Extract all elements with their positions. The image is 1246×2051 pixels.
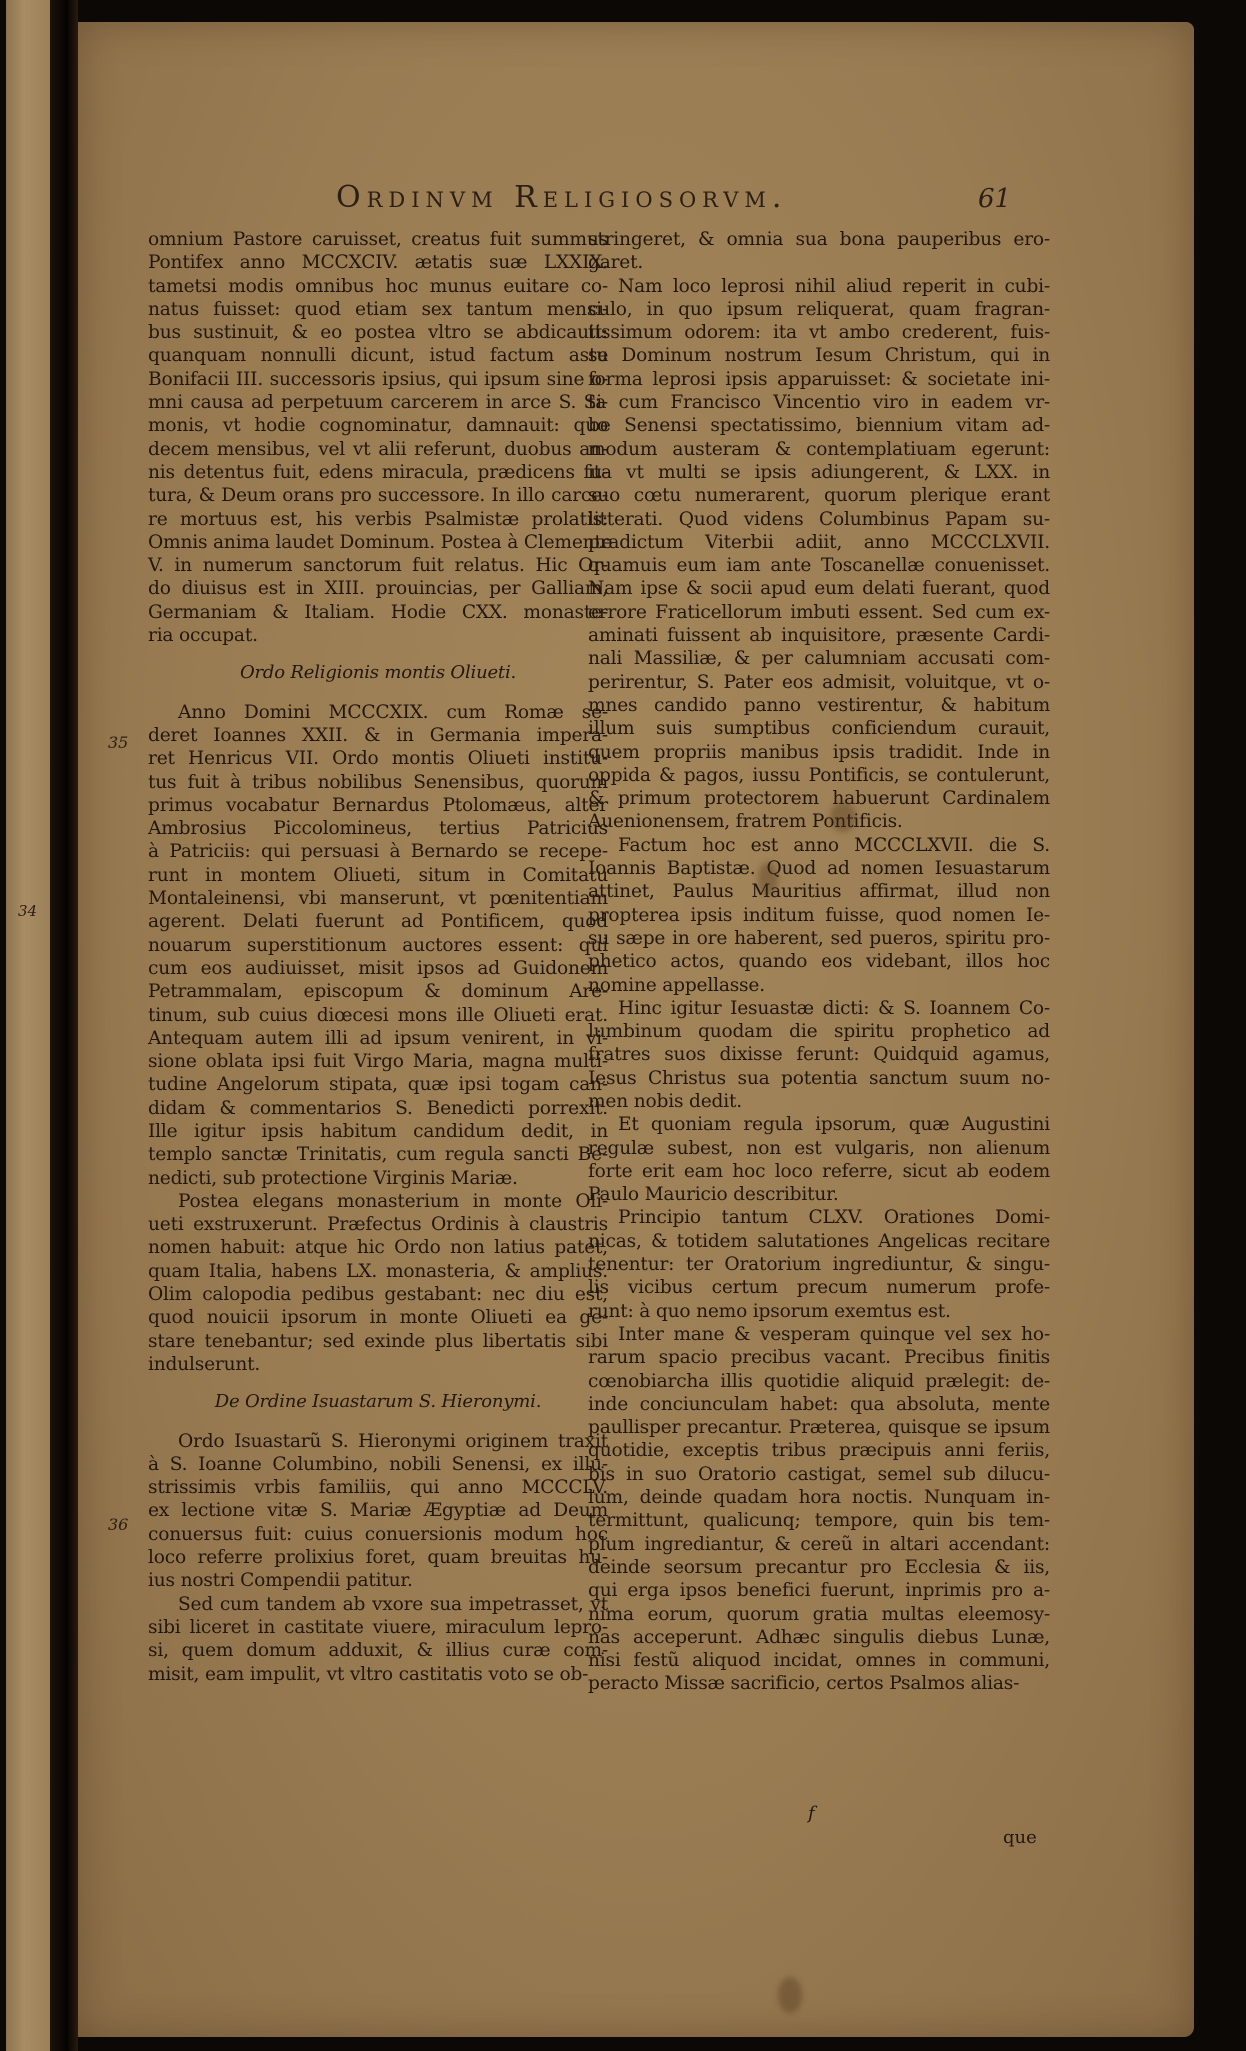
text-line: decem mensibus, vel vt alii referunt, du… — [148, 438, 608, 461]
text-line: Petrammalam, episcopum & dominum Are- — [148, 980, 608, 1003]
text-line: plum ingrediantur, & cereũ in altari acc… — [588, 1533, 1050, 1556]
text-line: tudine Angelorum stipata, quæ ipsi togam… — [148, 1073, 608, 1096]
text-line: Germaniam & Italiam. Hodie CXX. monaste- — [148, 601, 608, 624]
text-line: Ille igitur ipsis habitum candidum dedit… — [148, 1120, 608, 1143]
text-line: nis detentus fuit, edens miracula, prædi… — [148, 461, 608, 484]
text-line: nima eorum, quorum gratia multas eleemos… — [588, 1603, 1050, 1626]
text-line: quamuis eum iam ante Toscanellæ conuenis… — [588, 554, 1050, 577]
text-line: Pontifex anno MCCXCIV. ætatis suæ LXXIX. — [148, 251, 608, 274]
ink-stain — [830, 802, 856, 832]
text-line: Postea elegans monasterium in monte Oli- — [148, 1190, 608, 1213]
text-line: loco referre prolixius foret, quam breui… — [148, 1546, 608, 1569]
text-line: primus vocabatur Bernardus Ptolomæus, al… — [148, 794, 608, 817]
text-line: inde conciunculam habet: qua absoluta, m… — [588, 1393, 1050, 1416]
text-line: Ordo Isuastarũ S. Hieronymi originem tra… — [148, 1430, 608, 1453]
text-line: tenentur: ter Oratorium ingrediuntur, & … — [588, 1253, 1050, 1276]
right-column: stringeret, & omnia sua bona pauperibus … — [588, 228, 1050, 1696]
catchword: que — [1003, 1827, 1037, 1848]
text-line: tinum, sub cuius diœcesi mons ille Oliue… — [148, 1004, 608, 1027]
text-line: nomine appellasse. — [588, 974, 1050, 997]
text-line: oppida & pagos, iussu Pontificis, se con… — [588, 764, 1050, 787]
text-line: culo, in quo ipsum reliquerat, quam frag… — [588, 298, 1050, 321]
text-line: strissimis vrbis familiis, qui anno MCCC… — [148, 1476, 608, 1499]
text-line: ta cum Francisco Vincentio viro in eadem… — [588, 391, 1050, 414]
text-line: deret Ioannes XXII. & in Germania impera… — [148, 724, 608, 747]
text-line: omnium Pastore caruisset, creatus fuit s… — [148, 228, 608, 251]
ink-stain — [758, 862, 778, 896]
text-line: sibi liceret in castitate viuere, miracu… — [148, 1616, 608, 1639]
text-line: tissimum odorem: ita vt ambo crederent, … — [588, 321, 1050, 344]
text-line: modum austeram & contemplatiuam egerunt: — [588, 438, 1050, 461]
text-line: à S. Ioanne Columbino, nobili Senensi, e… — [148, 1453, 608, 1476]
text-line: Ambrosius Piccolomineus, tertius Patrici… — [148, 817, 608, 840]
text-line: nali Massiliæ, & per calumniam accusati … — [588, 647, 1050, 670]
text-line: agerent. Delati fuerunt ad Pontificem, q… — [148, 910, 608, 933]
right-column-text: stringeret, & omnia sua bona pauperibus … — [588, 228, 1050, 1696]
text-line: rarum spacio precibus vacant. Precibus f… — [588, 1346, 1050, 1369]
text-line: illum suis sumptibus conficiendum curaui… — [588, 717, 1050, 740]
text-line: Omnis anima laudet Dominum. Postea à Cle… — [148, 531, 608, 554]
text-line: Montaleinensi, vbi manserunt, vt pœniten… — [148, 887, 608, 910]
text-line: mni causa ad perpetuum carcerem in arce … — [148, 391, 608, 414]
text-line: V. in numerum sanctorum fuit relatus. Hi… — [148, 554, 608, 577]
text-line: conuersus fuit: cuius conuersionis modum… — [148, 1523, 608, 1546]
running-head: Ordinvm Religiosorvm. — [336, 180, 787, 215]
signature-mark: f — [808, 1803, 815, 1824]
text-line: natus fuisset: quod etiam sex tantum men… — [148, 298, 608, 321]
text-line: nisi festũ aliquod incidat, omnes in com… — [588, 1649, 1050, 1672]
section-heading-iesuati: De Ordine Isuastarum S. Hieronymi. — [148, 1390, 608, 1413]
text-line: indulserunt. — [148, 1353, 608, 1376]
text-line: attinet, Paulus Mauritius affirmat, illu… — [588, 880, 1050, 903]
text-line: nicas, & totidem salutationes Angelicas … — [588, 1230, 1050, 1253]
marginal-number-36: 36 — [108, 1515, 128, 1534]
text-line: Bonifacii III. successoris ipsius, qui i… — [148, 368, 608, 391]
text-line: tura, & Deum orans pro successore. In il… — [148, 484, 608, 507]
text-line: lumbinum quodam die spiritu prophetico a… — [588, 1020, 1050, 1043]
text-line: stare tenebantur; sed exinde plus libert… — [148, 1330, 608, 1353]
text-line: Sed cum tandem ab vxore sua impetrasset,… — [148, 1593, 608, 1616]
text-line: ius nostri Compendii patitur. — [148, 1569, 608, 1592]
text-line: su sæpe in ore haberent, sed pueros, spi… — [588, 927, 1050, 950]
text-line: Et quoniam regula ipsorum, quæ Augustini — [588, 1113, 1050, 1136]
text-line: misit, eam impulit, vt vltro castitatis … — [148, 1663, 608, 1686]
text-line: cœnobiarcha illis quotidie aliquid præle… — [588, 1370, 1050, 1393]
text-line: quotidie, exceptis tribus præcipuis anni… — [588, 1439, 1050, 1462]
text-line: quanquam nonnulli dicunt, istud factum a… — [148, 344, 608, 367]
text-line: paullisper precantur. Præterea, quisque … — [588, 1416, 1050, 1439]
text-line: à Patriciis: qui persuasi à Bernardo se … — [148, 840, 608, 863]
text-line: monis, vt hodie cognominatur, damnauit: … — [148, 414, 608, 437]
text-line: sione oblata ipsi fuit Virgo Maria, magn… — [148, 1050, 608, 1073]
text-line: be Senensi spectatissimo, biennium vitam… — [588, 414, 1050, 437]
ink-stain — [778, 1977, 802, 2013]
book-gutter — [50, 0, 78, 2051]
text-line: stringeret, & omnia sua bona pauperibus … — [588, 228, 1050, 251]
page-number: 61 — [978, 184, 1011, 214]
text-line: bis in suo Oratorio castigat, semel sub … — [588, 1463, 1050, 1486]
text-line: didam & commentarios S. Benedicti porrex… — [148, 1097, 608, 1120]
text-line: quod nouicii ipsorum in monte Oliueti ea… — [148, 1306, 608, 1329]
text-line: perirentur, S. Pater eos admisit, voluit… — [588, 671, 1050, 694]
text-line: ita vt multi se ipsis adiungerent, & LXX… — [588, 461, 1050, 484]
text-line: cum eos audiuisset, misit ipsos ad Guido… — [148, 957, 608, 980]
section-heading-oliveti: Ordo Religionis montis Oliueti. — [148, 661, 608, 684]
book-page: Ordinvm Religiosorvm. 61 omnium Pastore … — [78, 22, 1194, 2037]
text-line: Hinc igitur Iesuastæ dicti: & S. Ioannem… — [588, 997, 1050, 1020]
text-line: quem propriis manibus ipsis tradidit. In… — [588, 741, 1050, 764]
text-line: & primum protectorem habuerunt Cardinale… — [588, 787, 1050, 810]
text-line: propterea ipsis inditum fuisse, quod nom… — [588, 904, 1050, 927]
text-line: pradictum Viterbii adiit, anno MCCCLXVII… — [588, 531, 1050, 554]
text-line: errore Fraticellorum imbuti essent. Sed … — [588, 601, 1050, 624]
text-line: peracto Missæ sacrificio, certos Psalmos… — [588, 1672, 1050, 1695]
text-line: Antequam autem illi ad ipsum venirent, i… — [148, 1027, 608, 1050]
text-line: ret Henricus VII. Ordo montis Oliueti in… — [148, 747, 608, 770]
text-line: suo cœtu numerarent, quorum plerique era… — [588, 484, 1050, 507]
text-line: Paulo Mauricio describitur. — [588, 1183, 1050, 1206]
text-line: do diuisus est in XIII. prouincias, per … — [148, 577, 608, 600]
text-line: tametsi modis omnibus hoc munus euitare … — [148, 275, 608, 298]
text-line: tus fuit à tribus nobilibus Senensibus, … — [148, 771, 608, 794]
text-line: garet. — [588, 251, 1050, 274]
text-line: se Dominum nostrum Iesum Christum, qui i… — [588, 344, 1050, 367]
text-line: nouarum superstitionum auctores essent: … — [148, 934, 608, 957]
left-column: omnium Pastore caruisset, creatus fuit s… — [148, 228, 608, 1686]
text-line: men nobis dedit. — [588, 1090, 1050, 1113]
left-section-iesuati: Ordo Isuastarũ S. Hieronymi originem tra… — [148, 1430, 608, 1686]
text-line: runt: à quo nemo ipsorum exemtus est. — [588, 1300, 1050, 1323]
text-line: Anno Domini MCCCXIX. cum Romæ se- — [148, 701, 608, 724]
text-line: fratres suos dixisse ferunt: Quidquid ag… — [588, 1043, 1050, 1066]
text-line: Iesus Christus sua potentia sanctum suum… — [588, 1067, 1050, 1090]
text-line: quam Italia, habens LX. monasteria, & am… — [148, 1260, 608, 1283]
previous-page-edge: 34 — [6, 0, 50, 2051]
text-line: aminati fuissent ab inquisitore, præsent… — [588, 624, 1050, 647]
text-line: si, quem domum adduxit, & illius curæ co… — [148, 1639, 608, 1662]
text-line: nas acceperunt. Adhæc singulis diebus Lu… — [588, 1626, 1050, 1649]
text-line: Olim calopodia pedibus gestabant: nec di… — [148, 1283, 608, 1306]
text-line: litterati. Quod videns Columbinus Papam … — [588, 508, 1050, 531]
text-line: deinde seorsum precantur pro Ecclesia & … — [588, 1556, 1050, 1579]
text-line: lis vicibus certum precum numerum profe- — [588, 1276, 1050, 1299]
text-line: nomen habuit: atque hic Ordo non latius … — [148, 1236, 608, 1259]
text-line: Nam ipse & socii apud eum delati fuerant… — [588, 577, 1050, 600]
text-line: Nam loco leprosi nihil aliud reperit in … — [588, 275, 1050, 298]
text-line: runt in montem Oliueti, situm in Comitat… — [148, 864, 608, 887]
text-line: nedicti, sub protectione Virginis Mariæ. — [148, 1167, 608, 1190]
text-line: Auenionensem, fratrem Pontificis. — [588, 810, 1050, 833]
text-line: bus sustinuit, & eo postea vltro se abdi… — [148, 321, 608, 344]
left-section-oliveti: Anno Domini MCCCXIX. cum Romæ se-deret I… — [148, 701, 608, 1377]
left-section-papal: omnium Pastore caruisset, creatus fuit s… — [148, 228, 608, 647]
marginal-number-35: 35 — [108, 733, 128, 752]
text-line: forte erit eam hoc loco referre, sicut a… — [588, 1160, 1050, 1183]
text-line: lum, deinde quadam hora noctis. Nunquam … — [588, 1486, 1050, 1509]
text-line: templo sanctæ Trinitatis, cum regula san… — [148, 1143, 608, 1166]
text-line: Principio tantum CLXV. Orationes Domi- — [588, 1206, 1050, 1229]
text-line: forma leprosi ipsis apparuisset: & socie… — [588, 368, 1050, 391]
text-line: Factum hoc est anno MCCCLXVII. die S. — [588, 834, 1050, 857]
text-line: regulæ subest, non est vulgaris, non ali… — [588, 1137, 1050, 1160]
text-line: qui erga ipsos benefici fuerunt, inprimi… — [588, 1579, 1050, 1602]
text-line: Inter mane & vesperam quinque vel sex ho… — [588, 1323, 1050, 1346]
text-line: ria occupat. — [148, 624, 608, 647]
text-line: re mortuus est, his verbis Psalmistæ pro… — [148, 508, 608, 531]
text-line: ex lectione vitæ S. Mariæ Ægyptiæ ad Deu… — [148, 1499, 608, 1522]
previous-page-marginal-number: 34 — [18, 902, 37, 920]
text-line: termittunt, qualicunq; tempore, quin bis… — [588, 1509, 1050, 1532]
text-line: phetico actos, quando eos videbant, illo… — [588, 950, 1050, 973]
text-line: mnes candido panno vestirentur, & habitu… — [588, 694, 1050, 717]
text-line: ueti exstruxerunt. Præfectus Ordinis à c… — [148, 1213, 608, 1236]
text-line: Ioannis Baptistæ. Quod ad nomen Iesuasta… — [588, 857, 1050, 880]
